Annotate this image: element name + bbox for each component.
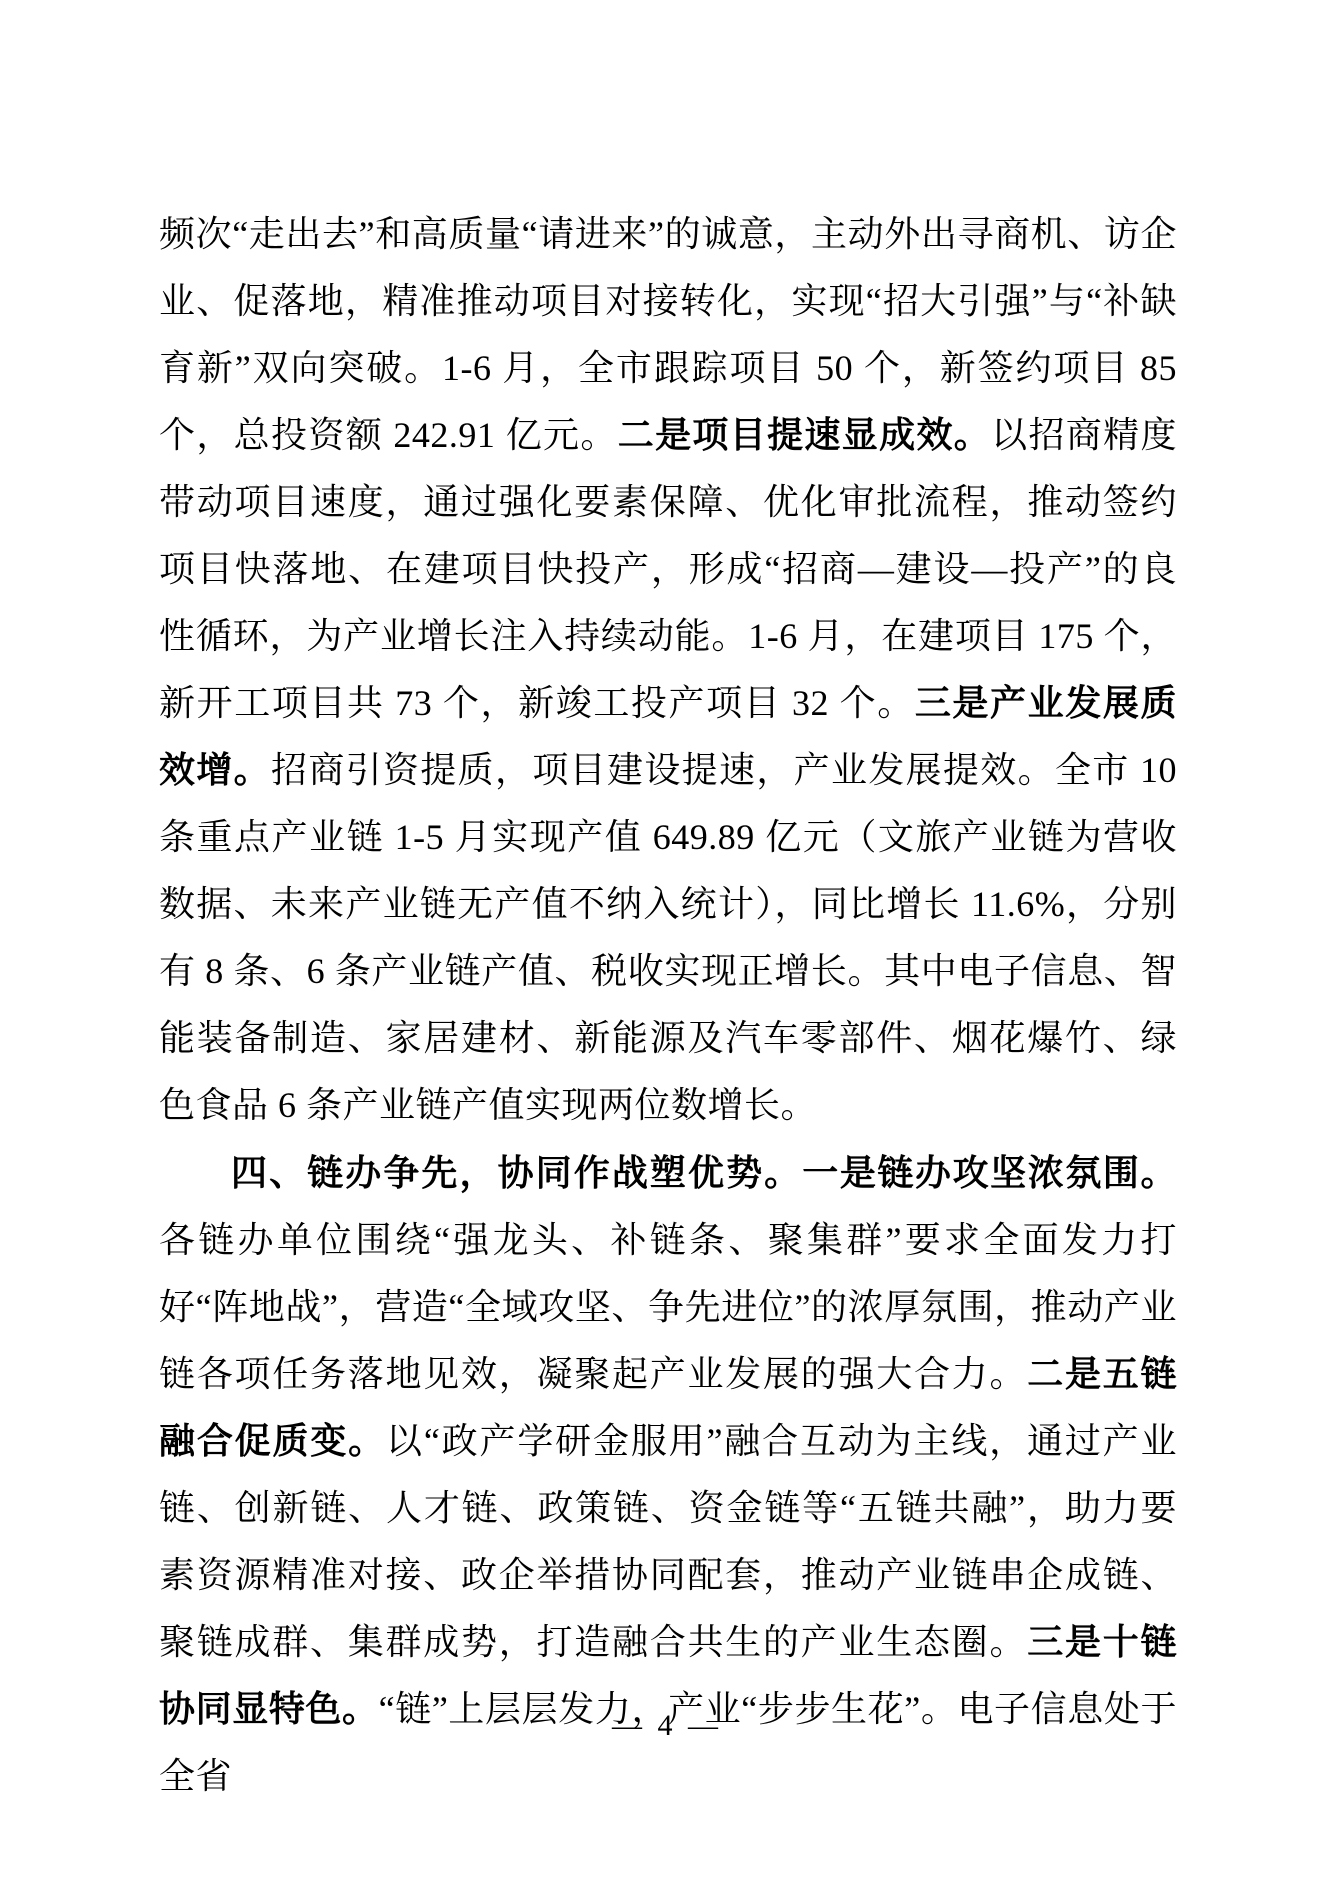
section-heading-run: 四、链办争先，协同作战塑优势。 bbox=[231, 1152, 802, 1193]
text-run: 以招商精度带动项目速度，通过强化要素保障、优化审批流程，推动签约项目快落地、在建… bbox=[159, 415, 1177, 723]
page-number: — 4 — bbox=[612, 1709, 722, 1742]
emphasis-run: 一是链办攻坚浓氛围。 bbox=[802, 1153, 1177, 1193]
paragraph: 频次“走出去”和高质量“请进来”的诚意，主动外出寻商机、访企业、促落地，精准推动… bbox=[159, 201, 1177, 1139]
document-page: 频次“走出去”和高质量“请进来”的诚意，主动外出寻商机、访企业、促落地，精准推动… bbox=[0, 0, 1334, 1887]
text-run: 招商引资提质，项目建设提速，产业发展提效。全市 10 条重点产业链 1-5 月实… bbox=[159, 750, 1177, 1125]
document-body: 频次“走出去”和高质量“请进来”的诚意，主动外出寻商机、访企业、促落地，精准推动… bbox=[159, 201, 1177, 1810]
text-run: 各链办单位围绕“强龙头、补链条、聚集群”要求全面发力打好“阵地战”，营造“全域攻… bbox=[159, 1220, 1177, 1394]
page-footer: — 4 — bbox=[0, 1706, 1334, 1746]
emphasis-run: 二是项目提速显成效。 bbox=[618, 415, 991, 455]
